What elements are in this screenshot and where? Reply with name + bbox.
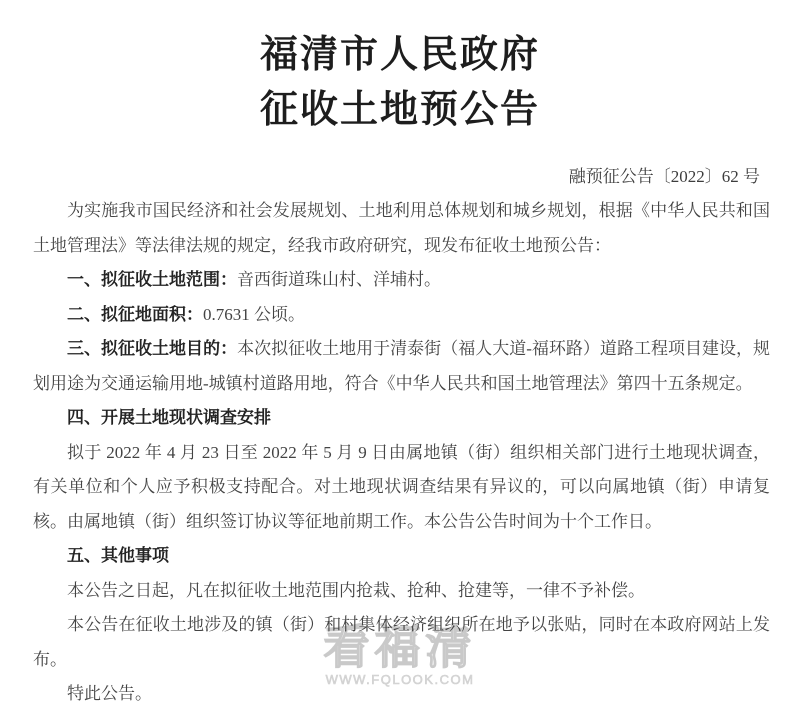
paragraph-closing: 特此公告。 <box>33 677 770 707</box>
paragraph-section-3-purpose: 三、拟征收土地目的：本次拟征收土地用于清泰街（福人大道-福环路）道路工程项目建设… <box>33 332 770 401</box>
paragraph-label: 二、拟征地面积： <box>67 305 203 324</box>
paragraph-text: 为实施我市国民经济和社会发展规划、土地利用总体规划和城乡规划，根据《中华人民共和… <box>33 201 770 255</box>
paragraph-label: 三、拟征收土地目的： <box>67 339 237 358</box>
paragraph-label: 五、其他事项 <box>67 546 169 565</box>
paragraph-text: 音西街道珠山村、洋埔村。 <box>237 270 441 289</box>
paragraph-text: 0.7631 公顷。 <box>203 305 305 324</box>
paragraph-text: 拟于 2022 年 4 月 23 日至 2022 年 5 月 9 日由属地镇（街… <box>33 443 770 531</box>
paragraph-label: 一、拟征收土地范围： <box>67 270 237 289</box>
paragraph-text: 本公告在征收土地涉及的镇（街）和村集体经济组织所在地予以张贴，同时在本政府网站上… <box>33 615 770 669</box>
paragraph-intro: 为实施我市国民经济和社会发展规划、土地利用总体规划和城乡规划，根据《中华人民共和… <box>33 194 770 263</box>
title-line-2: 征收土地预公告 <box>0 83 800 138</box>
paragraph-no-compensation: 本公告之日起，凡在拟征收土地范围内抢栽、抢种、抢建等，一律不予补偿。 <box>33 574 770 609</box>
paragraph-survey-arrangement: 拟于 2022 年 4 月 23 日至 2022 年 5 月 9 日由属地镇（街… <box>33 436 770 540</box>
paragraph-section-4-heading: 四、开展土地现状调查安排 <box>33 401 770 436</box>
title-line-1: 福清市人民政府 <box>0 28 800 83</box>
document-title: 福清市人民政府 征收土地预公告 <box>0 0 800 138</box>
paragraph-label: 四、开展土地现状调查安排 <box>67 408 271 427</box>
paragraph-text: 特此公告。 <box>67 684 152 703</box>
paragraph-text: 本公告之日起，凡在拟征收土地范围内抢栽、抢种、抢建等，一律不予补偿。 <box>67 581 645 600</box>
paragraph-section-2-area: 二、拟征地面积：0.7631 公顷。 <box>33 298 770 333</box>
paragraph-posting-location: 本公告在征收土地涉及的镇（街）和村集体经济组织所在地予以张贴，同时在本政府网站上… <box>33 608 770 677</box>
document-number: 融预征公告〔2022〕62 号 <box>0 160 800 194</box>
announcement-document: 福清市人民政府 征收土地预公告 融预征公告〔2022〕62 号 为实施我市国民经… <box>0 0 800 707</box>
document-body: 为实施我市国民经济和社会发展规划、土地利用总体规划和城乡规划，根据《中华人民共和… <box>0 194 800 707</box>
paragraph-section-5-heading: 五、其他事项 <box>33 539 770 574</box>
paragraph-section-1-scope: 一、拟征收土地范围：音西街道珠山村、洋埔村。 <box>33 263 770 298</box>
